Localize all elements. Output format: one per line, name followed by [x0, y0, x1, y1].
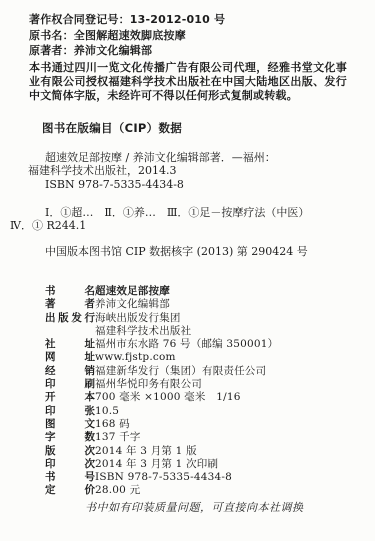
colophon-label: 定价: [45, 482, 95, 497]
colophon-value: 10.5: [95, 405, 119, 417]
colophon-value: 2014 年 3 月第 1 次印刷: [95, 456, 218, 471]
colophon-row: 印张 10.5: [45, 403, 278, 416]
cip-publisher-line: 福建科学技术出版社，2014.3: [28, 164, 348, 177]
colophon-row: 福建科学技术出版社: [45, 323, 278, 336]
colophon-row: 开本 700 毫米 ×1000 毫米 1/16: [45, 389, 278, 402]
quality-note: 书中如有印装质量问题，可直接向本社调换: [85, 501, 304, 515]
colophon-row: 定价 28.00 元: [45, 482, 278, 495]
colophon-value: www.fjstp.com: [95, 351, 176, 363]
original-author-line: 原著者：养沛文化编辑部: [29, 43, 347, 59]
colophon-row: 字数 137 千字: [45, 429, 278, 442]
cip-record-line: 中国版本图书馆 CIP 数据核字 (2013) 第 290424 号: [45, 245, 308, 258]
colophon-table: 书名 超速效足部按摩 著者 养沛文化编辑部 出版发行 海峡出版发行集团 福建科学…: [45, 283, 278, 496]
cip-block: 超速效足部按摩 / 养沛文化编辑部著．—福州： 福建科学技术出版社，2014.3…: [28, 151, 348, 191]
colophon-value: 700 毫米 ×1000 毫米 1/16: [95, 389, 241, 404]
original-title-line: 原书名：全图解超速效脚底按摩: [29, 28, 347, 44]
colophon-row: 书名 超速效足部按摩: [45, 283, 278, 296]
colophon-row: 网址 www.fjstp.com: [45, 349, 278, 362]
license-paragraph: 本书通过四川一览文化传播广告有限公司代理，经雅书堂文化事业有限公司授权福建科学技…: [29, 61, 347, 103]
colophon-row: 出版发行 海峡出版发行集团: [45, 310, 278, 323]
colophon-row: 印次 2014 年 3 月第 1 次印刷: [45, 456, 278, 469]
book-copyright-page: 著作权合同登记号：13-2012-010 号 原书名：全图解超速效脚底按摩 原著…: [0, 0, 375, 541]
colophon-value: ISBN 978-7-5335-4434-8: [95, 471, 232, 483]
colophon-value: 福州市东水路 76 号（邮编 350001）: [95, 336, 278, 351]
copyright-registration-line: 著作权合同登记号：13-2012-010 号: [29, 12, 347, 28]
cip-class-line-2: Ⅳ．① R244.1: [10, 219, 350, 232]
cip-title-line: 超速效足部按摩 / 养沛文化编辑部著．—福州：: [28, 151, 348, 164]
colophon-row: 书号 ISBN 978-7-5335-4434-8: [45, 469, 278, 482]
colophon-row: 社址 福州市东水路 76 号（邮编 350001）: [45, 336, 278, 349]
cip-classification-block: Ⅰ．①超… Ⅱ．①养… Ⅲ．①足－按摩疗法（中医） Ⅳ．① R244.1: [10, 206, 350, 233]
colophon-label: 出版发行: [45, 310, 95, 325]
colophon-row: 版次 2014 年 3 月第 1 版: [45, 443, 278, 456]
colophon-row: 著者 养沛文化编辑部: [45, 296, 278, 309]
colophon-row: 图文 168 码: [45, 416, 278, 429]
colophon-value: 28.00 元: [95, 482, 140, 497]
license-section: 著作权合同登记号：13-2012-010 号 原书名：全图解超速效脚底按摩 原著…: [29, 12, 347, 103]
colophon-row: 印刷 福州华悦印务有限公司: [45, 376, 278, 389]
cip-isbn-line: ISBN 978-7-5335-4434-8: [28, 178, 348, 191]
cip-heading: 图书在版编目（CIP）数据: [42, 121, 182, 135]
colophon-row: 经销 福建新华发行（集团）有限责任公司: [45, 363, 278, 376]
cip-class-line-1: Ⅰ．①超… Ⅱ．①养… Ⅲ．①足－按摩疗法（中医）: [10, 206, 350, 219]
